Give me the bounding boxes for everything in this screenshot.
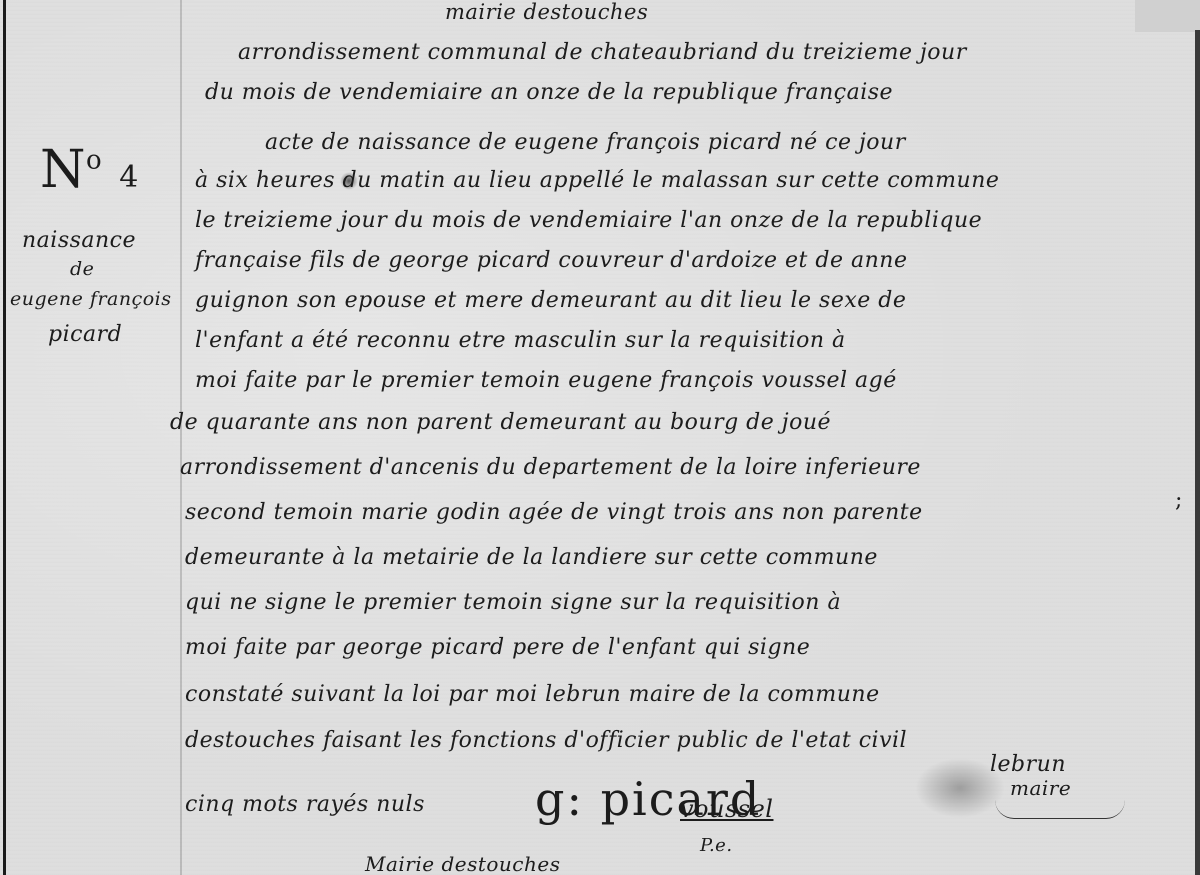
signature-mayor-title: maire xyxy=(1010,776,1071,800)
body-line-14: qui ne signe le premier temoin signe sur… xyxy=(185,590,841,615)
signature-witness-mark: P.e. xyxy=(700,835,733,856)
body-line-7: guignon son epouse et mere demeurant au … xyxy=(195,288,906,313)
signature-mayor: lebrun xyxy=(990,752,1066,777)
mayor-signature-flourish xyxy=(995,800,1125,819)
margin-line-de: de xyxy=(70,258,94,280)
body-line-2: du mois de vendemiaire an onze de la rep… xyxy=(205,80,893,105)
body-line-12: second temoin marie godin agée de vingt … xyxy=(185,500,923,525)
document-page: mairie destouches No 4 naissance de euge… xyxy=(0,0,1200,875)
body-line-11: arrondissement d'ancenis du departement … xyxy=(180,455,921,480)
body-line-16: constaté suivant la loi par moi lebrun m… xyxy=(185,682,880,707)
body-line-18: cinq mots rayés nuls xyxy=(185,792,425,817)
page-right-border xyxy=(1195,30,1200,875)
body-line-1: arrondissement communal de chateaubriand… xyxy=(238,40,967,65)
record-number-prefix: N xyxy=(40,140,86,200)
body-line-13: demeurante à la metairie de la landiere … xyxy=(185,545,878,570)
body-line-9: moi faite par le premier temoin eugene f… xyxy=(195,368,897,393)
next-record-header-fragment: Mairie destouches xyxy=(365,852,561,875)
signature-witness: voussel xyxy=(680,795,773,823)
body-line-8: l'enfant a été reconnu etre masculin sur… xyxy=(195,328,846,353)
body-line-5: le treizieme jour du mois de vendemiaire… xyxy=(195,208,982,233)
document-header: mairie destouches xyxy=(445,0,648,24)
body-line-4: à six heures du matin au lieu appellé le… xyxy=(195,168,999,193)
body-line-3: acte de naissance de eugene françois pic… xyxy=(265,130,906,155)
body-line-10: de quarante ans non parent demeurant au … xyxy=(170,410,831,435)
margin-line-naissance: naissance xyxy=(22,228,136,253)
margin-line-given-names: eugene françois xyxy=(10,288,172,310)
page-corner-background xyxy=(1135,0,1200,32)
body-line-17: destouches faisant les fonctions d'offic… xyxy=(185,728,907,753)
record-number-value: 4 xyxy=(119,160,139,195)
page-left-border xyxy=(3,0,6,875)
body-line-6: française fils de george picard couvreur… xyxy=(195,248,907,273)
record-number: No 4 xyxy=(40,140,139,200)
record-number-suffix: o xyxy=(86,146,102,176)
body-line-15: moi faite par george picard pere de l'en… xyxy=(185,635,810,660)
margin-mark: ; xyxy=(1175,488,1183,513)
margin-line-surname: picard xyxy=(48,322,122,347)
margin-fold-line xyxy=(180,0,182,875)
